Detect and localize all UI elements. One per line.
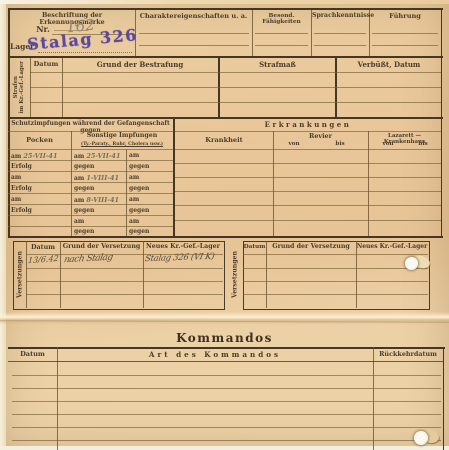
hole-punch-upper: [405, 257, 418, 270]
versetzungen-col-datum: Datum: [26, 244, 60, 251]
col-besond-faehigkeiten: Besond. Fähigkeiten: [253, 13, 310, 26]
strafen-col-grund: Grund der Bestrafung: [62, 61, 218, 69]
paper-edge-left: [0, 0, 6, 450]
kommandos-col-art: Art des Kommandos: [57, 351, 373, 359]
kommandos-col-datum: Datum: [8, 351, 57, 358]
erkrankungen-revier-bis: bis: [330, 141, 350, 147]
erkrankungen-revier-von: von: [284, 141, 304, 147]
impfungen-col-sonstige: Sonstige Impfungen: [71, 133, 173, 140]
paper-edge-top: [0, 0, 449, 4]
col-charaktereigenschaften: Charaktereigenschaften u. a.: [137, 13, 250, 20]
versetzungen-r-col-neues: Neues Kr.-Gef.-Lager: [356, 244, 428, 251]
erkrankungen-lazarett-bis: bis: [413, 141, 433, 147]
versetzungen-r-col-grund: Grund der Versetzung: [266, 244, 356, 251]
hole-punch-lower: [414, 431, 428, 445]
impfungen-col-pocken: Pocken: [8, 137, 71, 144]
versetzungen-col-grund: Grund der Versetzung: [60, 244, 143, 251]
kommandos-col-rueckkehr: Rückkehrdatum: [373, 351, 443, 358]
versetzungen-col-neues: Neues Kr.-Gef.-Lager: [143, 244, 223, 251]
versetzungen-r-col-datum: Datum: [243, 244, 266, 250]
impfungen-col-sonstige-note: (Ty.-Paraty., Ruhr, Cholera usw.): [71, 142, 173, 147]
versetzungen-right-side-label: Versetzungen: [232, 251, 239, 299]
col-sprachkenntnisse: Sprachkenntnisse: [312, 13, 368, 20]
strafen-col-verbuesst: Verbüßt, Datum: [337, 61, 441, 69]
erkrankungen-col-revier: Revier: [273, 133, 368, 140]
erkrankungen-title: Erkrankungen: [175, 121, 441, 129]
col-fuehrung: Führung: [370, 13, 440, 20]
strafen-col-datum: Datum: [30, 61, 62, 68]
kommandos-title: Kommandos: [0, 332, 449, 345]
erkrankungen-lazarett-von: von: [378, 141, 398, 147]
fold-crease: [0, 312, 449, 325]
strafen-col-strafmass: Strafmaß: [220, 61, 335, 69]
erkrankungen-col-krankheit: Krankheit: [175, 137, 273, 144]
pow-personal-card: Beschriftung der Erkennungsmarke Nr. 162…: [0, 0, 449, 450]
paper-edge-bottom: [0, 446, 449, 450]
strafen-side-label: Strafenim Kr.-Gef.-Lager: [13, 57, 25, 117]
